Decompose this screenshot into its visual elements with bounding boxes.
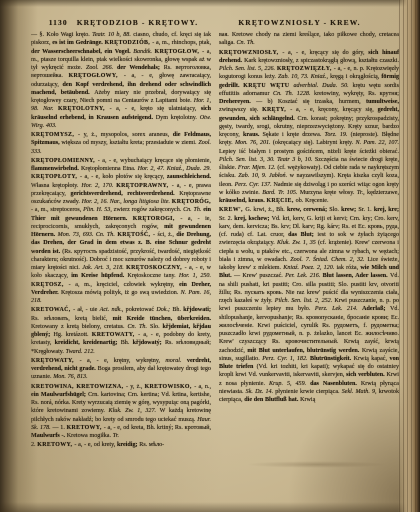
text-segment-caps: KRĘTOPŁOTY, <box>31 174 80 180</box>
text-segment-plain: Rs. мѣло- <box>139 442 164 448</box>
text-segment-caps: KRĘTOPRAWNY, <box>116 183 171 189</box>
text-segment-caps: KRĘTOŚĆ, <box>117 232 153 238</box>
text-segment-caps: KRETOWISKO, <box>145 384 195 390</box>
text-segment-caps: KRETOWINA, KRETOWIZNA, <box>31 384 126 390</box>
text-segment-plain: Bh. <box>172 307 183 313</box>
text-segment-plain: - y, ż., mysopolos, sorex araneus, <box>78 132 173 138</box>
text-segment-plain: - a, m., kręciciel, człowiek wykrętny, <box>69 282 180 288</box>
text-segment-plain: - ał, - uie <box>73 307 100 313</box>
text-segment-plain: Krętosza mówią polityk, iż go swą uwiedz… <box>61 290 181 296</box>
text-segment-italic: Dok.; <box>156 307 172 313</box>
text-segment-italic: Mon. 76, 201. <box>235 140 273 146</box>
text-segment-caps: KRETOWATY, <box>92 332 138 338</box>
text-segment-caps: KRĘTOSZ, <box>31 282 69 288</box>
text-segment-bold: kreidicht, kreidenartig; <box>55 340 121 346</box>
text-segment-caps: KRĘTOWZNIOSŁY, <box>219 50 282 56</box>
text-segment-italic: Bandtk. <box>133 49 154 55</box>
text-segment-bold: Aderlaß; <box>362 306 390 312</box>
text-segment-plain: - a, - e, od kreta, Bh. krtiný; Rs. крот… <box>104 425 211 431</box>
text-segment-bold: gerichtsverdrehend, rechtsverdrehend. <box>71 191 180 197</box>
text-segment-italic: Hor. 1, 250. <box>179 273 211 279</box>
page-edge-right <box>398 0 420 512</box>
text-segment-plain: Kark krętowzniosły, z spiczastokrągłą gł… <box>244 58 399 64</box>
ink-stain <box>246 461 388 468</box>
text-segment-bold: ein Maulwurfshügel; <box>31 392 88 398</box>
text-segment-plain: pokretować <box>126 307 157 313</box>
text-segment-italic: Hor. 2, 47. Kniaź., Duda. 29. <box>138 166 211 172</box>
text-segment-italic: Krup. 5, 459. <box>269 381 310 387</box>
text-segment-bold: Drehereyen. <box>219 99 256 105</box>
text-segment-italic: Torz. 19. <box>325 132 351 138</box>
text-segment-italic: N. Pam. 22, 107. <box>356 140 399 146</box>
text-segment-plain: — §. Koło Wagi kręto. <box>31 32 92 38</box>
text-segment-italic: Cn. Th. <box>183 207 203 213</box>
text-segment-italic: adverbial. Duda. 50. <box>293 83 352 89</box>
text-segment-plain: (okręcaiący się). Labirynt kręty. <box>273 140 356 146</box>
text-segment-caps: KREW', <box>219 207 245 213</box>
text-segment-italic: Pilch. Sen. list. 3, 30. Teatr 3 b, 10. <box>219 157 315 163</box>
text-segment-caps: KRĘTOMYSZ, <box>31 132 78 138</box>
text-segment-plain: - a, n., <box>194 384 211 390</box>
text-segment-plain: - a, - e, od krety, <box>74 442 117 448</box>
running-title-right: KRĘTOWZNIOSŁY - KREW. <box>238 18 360 27</box>
text-segment-italic: Pilch. Sen. list. 2, 252. <box>275 298 335 304</box>
text-segment-caps: KRĘTORÓG, <box>172 199 211 205</box>
text-segment-italic: Perz. Lek. 214. <box>315 306 362 312</box>
text-segment-plain: Sr. 1. <box>358 207 374 213</box>
text-segment-plain: Kretowa mogiłka. <box>67 433 113 439</box>
text-segment-italic: Hor. 2, 170. <box>81 183 116 189</box>
text-segment-plain: - a, - e, kręto się ulatniaiący, <box>110 106 201 112</box>
text-columns: — §. Koło Wagi kręto. Teatr. 10 b, 88. c… <box>31 31 399 455</box>
entry-paragraph: KRETOWAĆ, - ał, - uie Act. ndk., pokreto… <box>31 306 211 356</box>
entry-paragraph: вая. Kretowe chody na ziemi kreślące, ia… <box>219 31 399 48</box>
text-segment-bold: flammenwirbelnd. <box>31 166 81 172</box>
text-segment-bold: zaunschleichend. <box>167 174 211 180</box>
text-segment-bold: tumultweise, <box>366 99 399 105</box>
text-segment-caps: KRĘTOROGI, <box>133 216 181 222</box>
text-segment-caps: KRĘTOGŁOW, <box>155 49 202 55</box>
text-segment-plain: — b) Kosztać się trzaska, hurmem, <box>256 99 366 105</box>
text-segment-italic: Perz. Cyr. 1, 182. <box>262 356 310 362</box>
text-segment-italic: Kluk. Zw. 1, 35 <box>277 240 318 246</box>
text-segment-bold: der Wasserscheerschnabel, ein Vogel. <box>31 49 133 55</box>
text-segment-plain: - a, - e, wybuchaiący kręcące się płomie… <box>98 158 211 164</box>
text-segment-italic: Sekl. Math. 9, <box>342 389 379 395</box>
text-segment-plain: Slo. <box>329 207 341 213</box>
text-segment-italic: Zool. 7. Śniad. Chem. 2, 32. <box>290 257 367 263</box>
text-segment-plain: Murzyna kręte włosy. <box>300 190 357 196</box>
text-segment-plain: - a, - e, koło płotów się kręcący, <box>80 174 167 180</box>
text-segment-plain: Sr. 2. <box>219 216 234 222</box>
text-segment-bold: kraus. <box>243 132 263 138</box>
text-segment-plain: Krwią kapać, <box>354 356 390 362</box>
text-segment-italic: Tr. <box>113 433 119 439</box>
text-segment-caps: KRĘCIE, <box>266 198 295 204</box>
text-segment-italic: Per. Lek. 216. <box>285 273 323 279</box>
right-column: вая. Kretowe chody na ziemi kreślące, ia… <box>219 31 399 448</box>
text-segment-caps: KRETOWY, <box>37 442 74 448</box>
text-segment-plain: Krętoskoczne tany. <box>127 273 178 279</box>
page-number: 1130 <box>49 18 68 27</box>
text-segment-caps: KRĘTY, <box>262 107 290 113</box>
text-segment-plain: Hg. kretázott. <box>54 332 92 338</box>
text-segment-italic: Teatr. 10 b, 88. <box>92 32 133 38</box>
text-segment-plain: - ści, ż., <box>153 232 176 238</box>
text-segment-italic: Tr., <box>357 190 367 196</box>
text-segment-bold: das Nasenbluten. <box>310 381 361 387</box>
text-segment-bold: křjdowatý; <box>133 340 165 346</box>
text-segment-plain: Kretowany z kretą bielony, cretatus. <box>31 324 127 330</box>
text-segment-italic: Zab. 10, 73. Kniaź., <box>278 74 330 80</box>
text-segment-bold: im Kreise hüpfend. <box>71 273 127 279</box>
text-segment-italic: Jak. Art. 3, 218. <box>82 265 126 271</box>
text-segment-italic: Kniaź. Poez. 2, 120. <box>283 265 336 271</box>
text-segment-plain: Dym krętolotny. <box>156 115 200 121</box>
text-segment-plain: Bh. <box>121 340 133 346</box>
text-segment-caps: KRĘTOZWIĘZŁY, <box>277 66 334 72</box>
text-segment-plain: Vd. shilopushanje, kervopushanje; Rs. кр… <box>219 306 399 353</box>
text-segment-italic: Kluk. Zw. 1, 327. <box>109 408 160 414</box>
text-segment-plain: Lepiey iść białym i prostym gościńcem, n… <box>219 149 399 155</box>
entry-paragraph: — §. Koło Wagi kręto. Teatr. 10 b, 88. c… <box>31 31 211 130</box>
text-segment-plain: - a, - e, kręcony, kręcący się, <box>290 107 377 113</box>
text-segment-plain: Krwią <box>300 397 315 403</box>
running-header-left: 1130 KRĘTODZIOB - KRĘTOWY. <box>32 18 215 27</box>
left-column: — §. Koło Wagi kręto. Teatr. 10 b, 88. c… <box>31 31 211 455</box>
text-segment-caps: KRETOWY, <box>67 425 104 431</box>
text-segment-italic: Plin. H. 53, <box>83 207 114 213</box>
text-segment-plain: ob. Kręcenie. <box>296 198 329 204</box>
text-segment-plain: Rs. мѣловать, kretą bielić, <box>31 316 113 322</box>
text-segment-bold: mit Blut unterlaufen, blutrünstig werden… <box>247 348 361 354</box>
text-segment-bold: das Blut; <box>288 232 317 238</box>
text-segment-italic: Zool. 266. <box>86 65 117 71</box>
text-segment-caps: KRĘTOPŁOMIENNY, <box>31 158 98 164</box>
text-segment-bold: kräuselnd, kraus. <box>219 198 266 204</box>
text-segment-bold: křjdowati; <box>183 307 211 313</box>
text-segment-bold: krew; <box>341 207 358 213</box>
text-segment-italic: Hor. 2, 16. Nar., longa litigiosa lite. <box>82 199 172 205</box>
entry-paragraph: KRĘTOMYSZ, - y, ż., mysopolos, sorex ara… <box>31 131 211 156</box>
text-segment-bold: kreidig; <box>117 442 139 448</box>
text-segment-italic: Cn. Th. 1228. <box>273 91 314 97</box>
text-segment-bold: sich verbluten. <box>346 372 386 378</box>
entry-paragraph: KRĘTOPŁOMIENNY, - a, - e, wybuchaiący kr… <box>31 157 211 306</box>
text-segment-bold: krej, kschew; <box>234 216 271 222</box>
text-segment-plain: większa od myszy, kształtu kreta; przesi… <box>61 140 198 146</box>
text-segment-plain: - a, m., rhinchops, ptak, <box>152 40 211 46</box>
entry-paragraph: KRETOWINA, KRETOWIZNA, - y, ż., KRETOWIS… <box>31 383 211 441</box>
text-segment-bold: mit Kreide tünchen, überkreiden. <box>113 316 211 322</box>
page-edge-bottom <box>0 502 420 512</box>
book-page-scan: 1130 KRĘTODZIOB - KRĘTOWY. KRĘTOWZNIOSŁY… <box>0 0 420 512</box>
text-segment-italic: Pilch. Sen. list. 5, 226. <box>219 66 277 72</box>
text-segment-italic: Tward. 212. <box>66 349 95 355</box>
text-segment-bold: die den Blutfluß hat. <box>244 397 300 403</box>
text-segment-bold: krew, cerwená; <box>287 207 329 213</box>
running-header: 1130 KRĘTODZIOB - KRĘTOWY. KRĘTOWZNIOSŁY… <box>32 18 398 27</box>
text-segment-bold: der Wendehals; <box>117 65 164 71</box>
text-segment-plain: — 1. <box>52 425 66 431</box>
text-segment-italic: Frar. Mjen. 12. <box>238 165 277 171</box>
text-segment-caps: KRĘTOGŁOWY, <box>69 73 124 79</box>
entry-paragraph: KREW', G. krwi, ż., Bh. krew, cerwená; S… <box>219 206 399 404</box>
text-segment-bold: Maulwurfs -. <box>31 433 67 439</box>
text-segment-italic: Act. ndk., <box>100 307 126 313</box>
text-segment-plain: płynienie krwie cierpiąca. <box>275 389 341 395</box>
text-segment-bold: krej, kre; <box>374 207 399 213</box>
text-segment-plain: iak róża, <box>336 265 360 271</box>
text-segment-italic: Perz. Cyr. 137. <box>235 182 274 188</box>
text-segment-plain: Slo. <box>150 324 163 330</box>
entry-paragraph: KRĘTOWATY, - a, - e, krętny, wykrętny, m… <box>31 357 211 382</box>
text-segment-caps: KRETOWAĆ, <box>31 307 73 313</box>
text-segment-plain: kręgą i okrągłością, <box>330 74 381 80</box>
text-segment-italic: moral. <box>165 358 187 364</box>
entry-paragraph: KRĘTOWZNIOSŁY, - a, - e, kręcący się do … <box>219 49 399 206</box>
text-segment-plain: - y, ż., <box>126 384 145 390</box>
text-segment-plain: — Krew' puszczać. <box>234 273 285 279</box>
text-segment-italic: Cn. Th. <box>236 40 254 46</box>
text-segment-bold: Blutrünstigkeit. <box>310 356 354 362</box>
text-segment-caps: KRĘTOSKOCZNY, <box>126 265 184 271</box>
text-segment-bold: es ist im Gedränge. <box>52 40 104 46</box>
text-segment-caps: KRĘTODZIÓB, <box>105 40 153 46</box>
text-segment-plain: - a, - e, kręcący się do góry, <box>282 50 368 56</box>
text-segment-plain: - a, - e, krętny, wykrętny, <box>80 358 166 364</box>
text-segment-italic: Sk. Dz. 14. <box>246 389 276 395</box>
text-segment-plain: kretowiny, wykręty, Rs. крутня; <box>314 91 399 97</box>
page-edge-top <box>0 0 420 7</box>
text-segment-italic: Zab. 10, 9. Jabłoń. <box>238 173 289 179</box>
text-segment-plain: Sękate i kręte drzewa. <box>263 132 325 138</box>
text-segment-italic: Cn. Th. <box>127 324 149 330</box>
text-segment-plain: kędzierzawe, <box>367 190 399 196</box>
text-segment-italic: Bard. Tr. 105. <box>262 190 300 196</box>
text-segment-bold: Blut lassen, Ader lassen. <box>323 273 390 279</box>
running-title-left: KRĘTODZIOB - KRĘTOWY. <box>77 18 199 27</box>
text-segment-plain: zwinąwszy się. <box>219 107 262 113</box>
text-segment-plain: - a, m., streptoceros, <box>31 207 83 213</box>
text-segment-caps: KRĘTOWATY, <box>31 358 80 364</box>
text-segment-caps: KRĘTOLOTNY, <box>58 106 110 112</box>
text-segment-plain: Krętopłomienna Etna. <box>81 166 138 172</box>
text-segment-plain: Własna krętopłoty. <box>31 183 81 189</box>
entry-paragraph: 2. KRETOWY, - a, - e, od krety, kreidig;… <box>31 441 211 449</box>
text-segment-italic: Mon. 76, 813. <box>53 374 87 380</box>
text-segment-plain: G. krwi, ż., Bh. <box>245 207 287 213</box>
text-segment-italic: Mon. 73, 693. Cn. Th. <box>58 232 118 238</box>
text-segment-caps: KRĘTU WĘTU <box>243 83 293 89</box>
running-header-right: KRĘTOWZNIOSŁY - KREW. <box>215 18 398 27</box>
text-segment-plain: zwierz rogów zakręconych. <box>114 207 183 213</box>
